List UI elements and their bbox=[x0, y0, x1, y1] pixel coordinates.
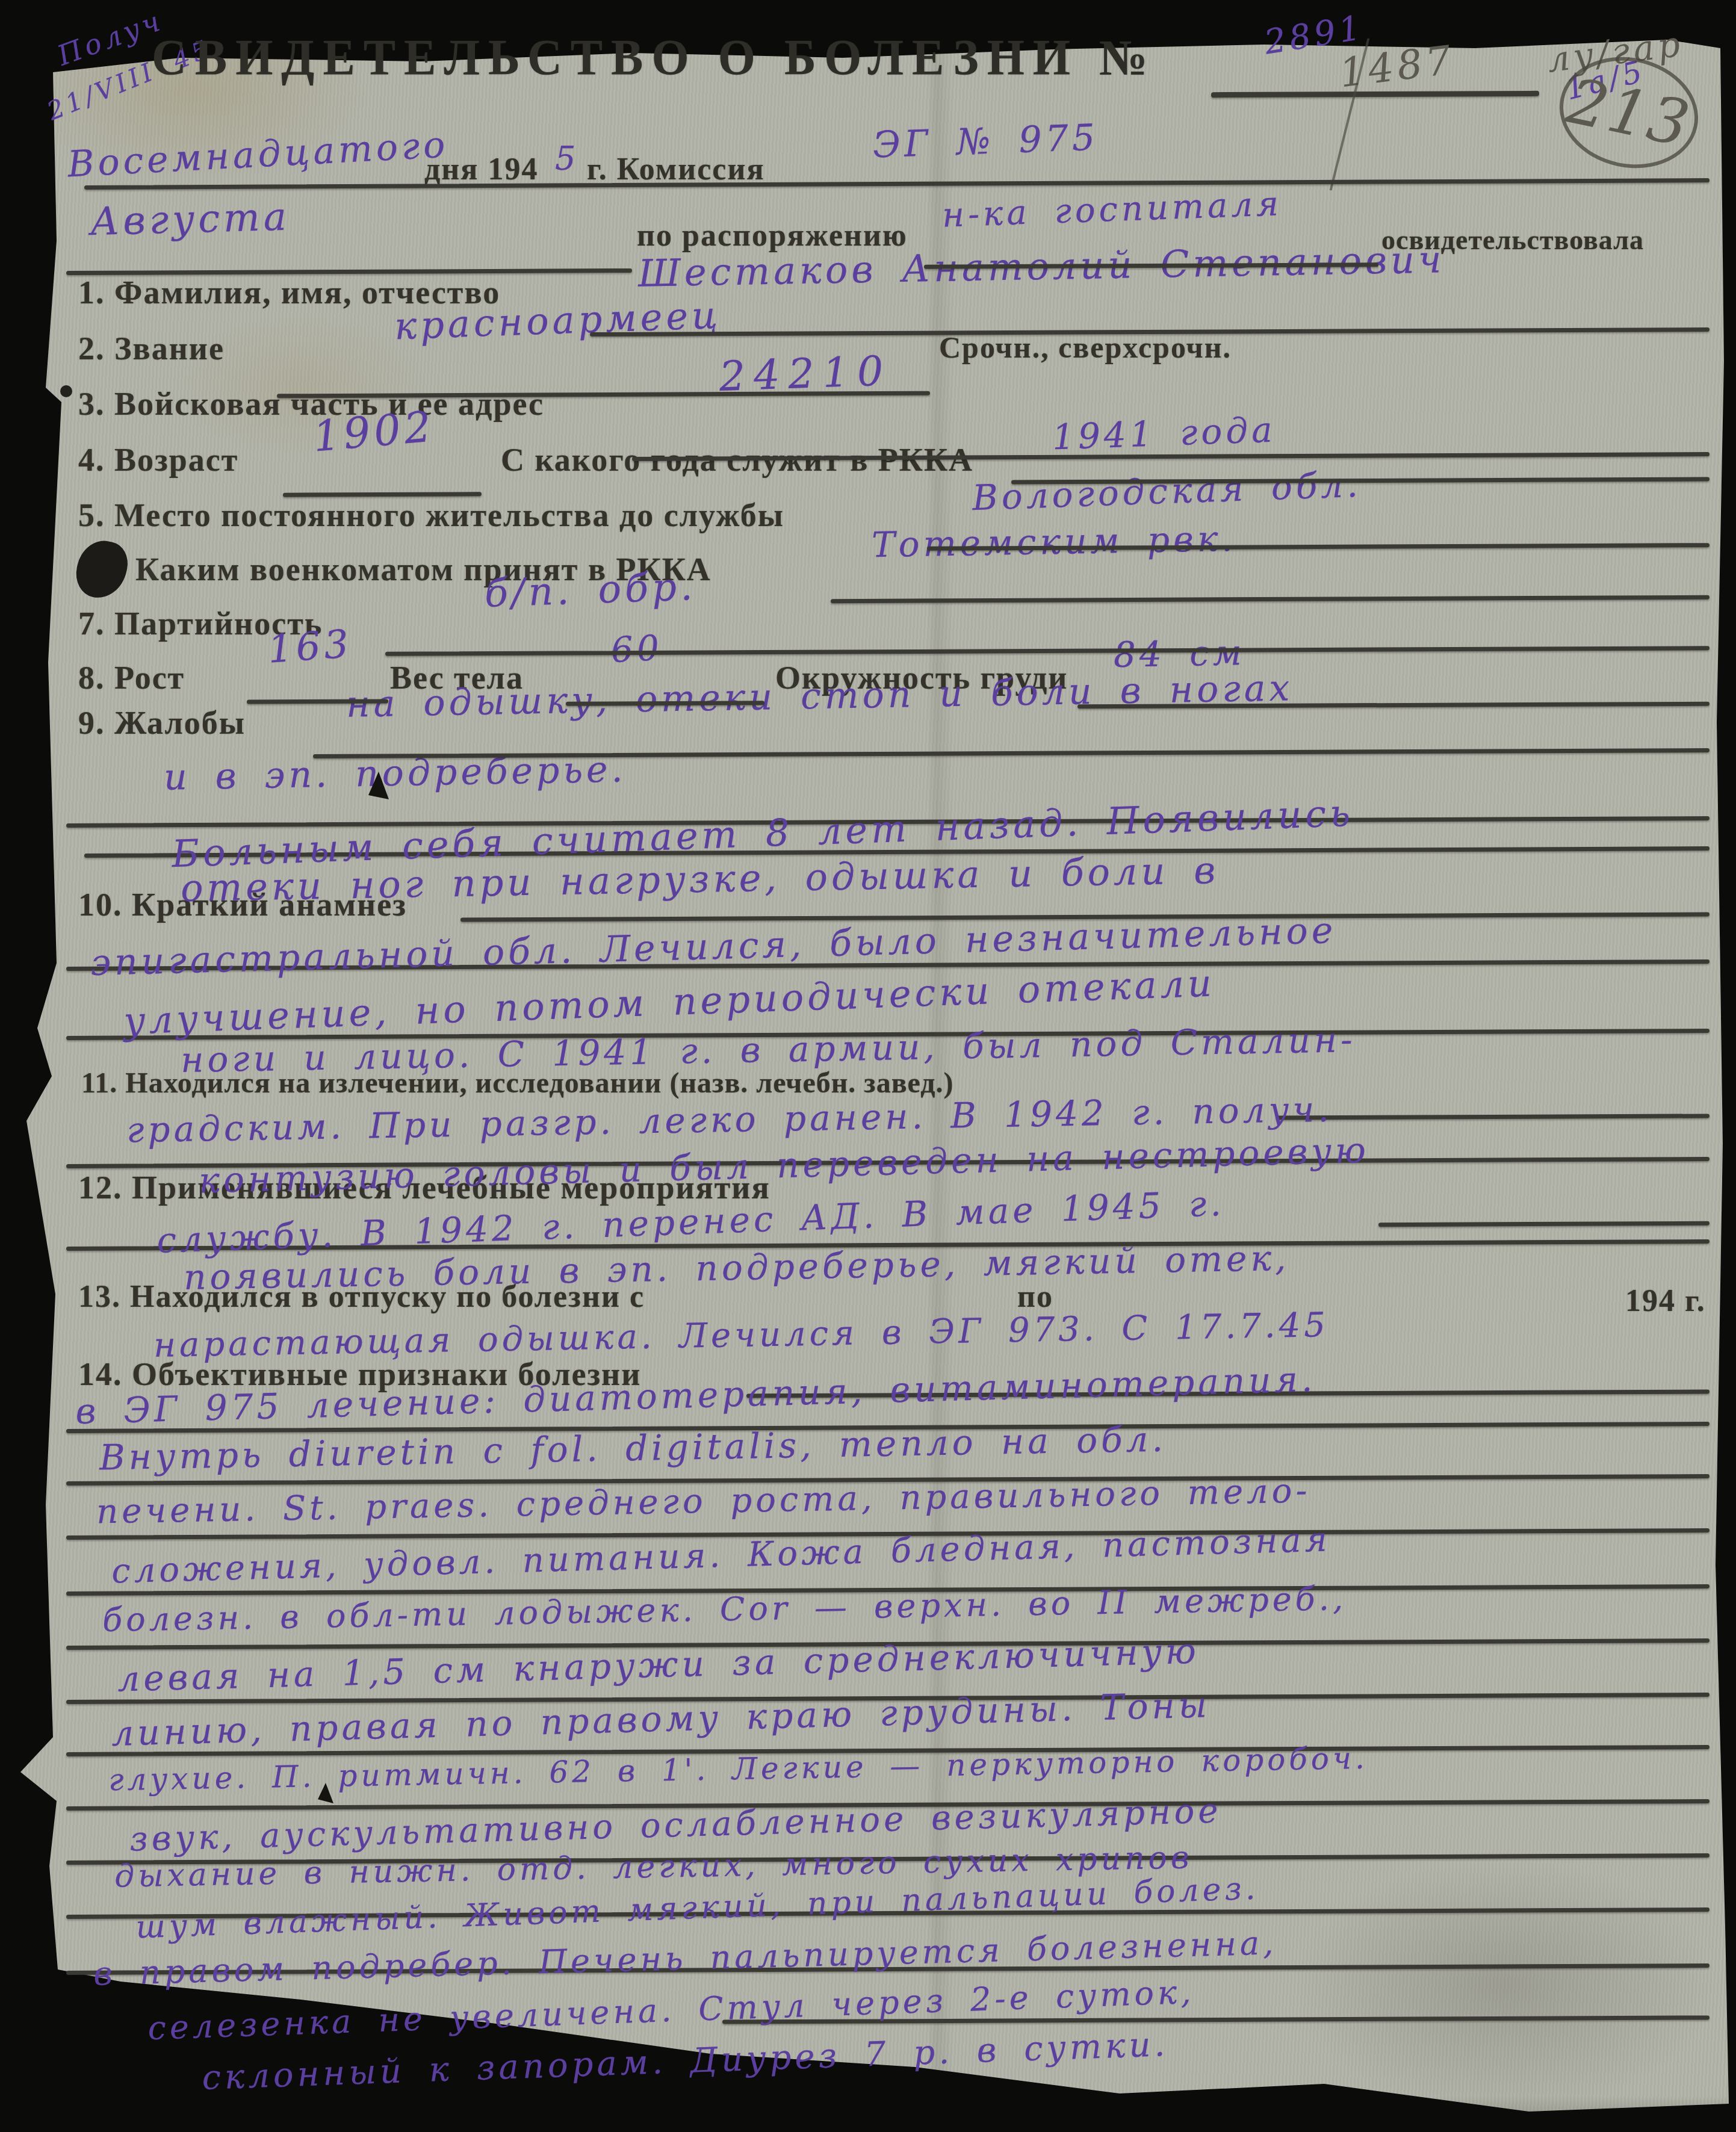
ruled-line bbox=[247, 699, 388, 704]
scanned-document: Получ 21/VIII 45 СВИДЕТЕЛЬСТВО О БОЛЕЗНИ… bbox=[0, 0, 1736, 2132]
ruled-line bbox=[283, 492, 482, 497]
field8-label: 8. Рост bbox=[78, 659, 185, 696]
field6-value: Тотемским рвк. bbox=[871, 518, 1236, 566]
field5-label: 5. Место постоянного жительства до служб… bbox=[78, 497, 784, 534]
document-title: СВИДЕТЕЛЬСТВО О БОЛЕЗНИ № bbox=[152, 30, 1156, 88]
label-day: дня 194 bbox=[424, 152, 538, 187]
paper-speck bbox=[60, 385, 72, 397]
field2-suffix: Срочн., сверхсрочн. bbox=[939, 330, 1232, 365]
field2-label: 2. Звание bbox=[78, 330, 225, 367]
field9-label: 9. Жалобы bbox=[78, 704, 246, 742]
hw-month: Августа bbox=[90, 195, 291, 245]
field7-value: б/п. обр. bbox=[484, 565, 697, 616]
field13-year: 194 г. bbox=[1625, 1283, 1706, 1319]
field4-label: 4. Возраст bbox=[78, 441, 238, 479]
label-commission: г. Комиссия bbox=[587, 152, 765, 187]
hw-commission: ЭГ № 975 bbox=[872, 116, 1099, 166]
field8b-value: 60 bbox=[610, 627, 663, 671]
ruled-line bbox=[566, 701, 764, 705]
field13-mid: по bbox=[1017, 1279, 1053, 1315]
hw-year-digit: 5 bbox=[555, 140, 579, 178]
field4b-value: 1941 года bbox=[1052, 409, 1277, 458]
field4-value: 1902 bbox=[311, 401, 437, 461]
page-number: 213 bbox=[1561, 64, 1696, 161]
field8-value: 163 bbox=[267, 622, 354, 672]
